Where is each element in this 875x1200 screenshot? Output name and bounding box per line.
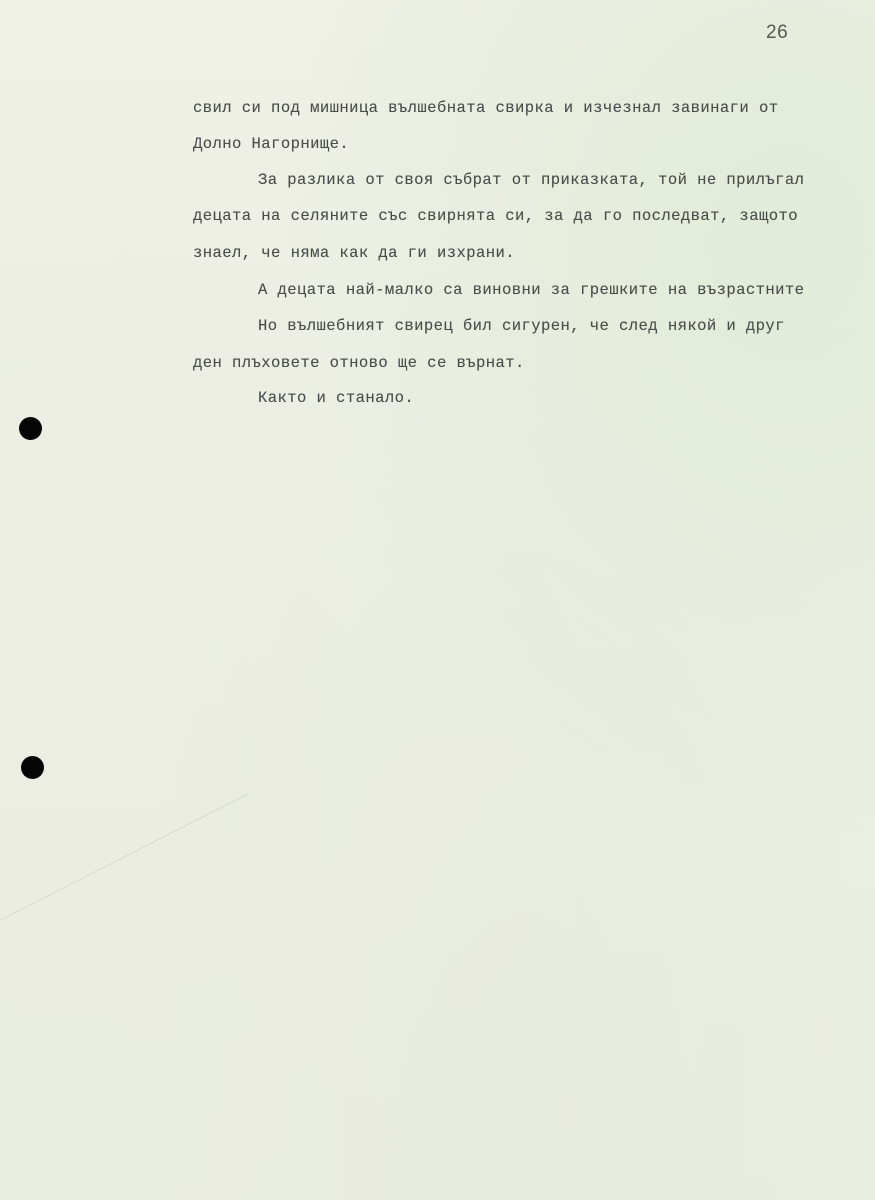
text-line: За разлика от своя събрат от приказката,…: [258, 171, 804, 189]
punch-hole-icon: [21, 756, 44, 779]
paper-fold-line: [0, 794, 248, 931]
text-line: Както и станало.: [258, 389, 414, 407]
punch-hole-icon: [19, 417, 42, 440]
text-line: А децата най-малко са виновни за грешкит…: [258, 281, 804, 299]
text-line: свил си под мишница вълшебната свирка и …: [193, 99, 778, 117]
text-line: децата на селяните със свирнята си, за д…: [193, 207, 798, 225]
page-number: 26: [766, 22, 788, 44]
text-line: ден плъховете отново ще се върнат.: [193, 354, 525, 372]
text-line: Но вълшебният свирец бил сигурен, че сле…: [258, 317, 785, 335]
text-line: знаел, че няма как да ги изхрани.: [193, 244, 515, 262]
text-line: Долно Нагорнище.: [193, 135, 349, 153]
